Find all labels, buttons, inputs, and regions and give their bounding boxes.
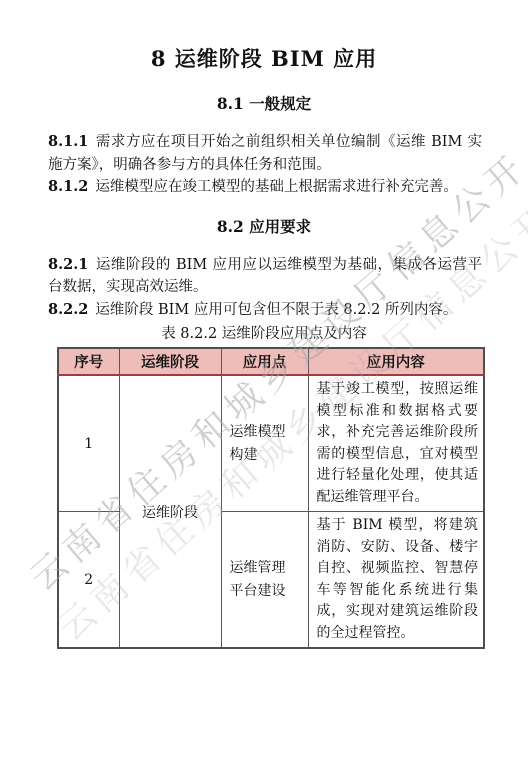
clause-text: 运维阶段的 BIM 应用应以运维模型为基础，集成各运营平台数据，实现高效运维。	[48, 257, 482, 296]
clause-text: 运维模型应在竣工模型的基础上根据需求进行补充完善。	[95, 179, 458, 195]
row2-seq: 2	[58, 512, 119, 649]
table-caption: 表 8.2.2 运维阶段应用点及内容	[0, 325, 528, 344]
clause-number: 8.1.1	[48, 133, 88, 150]
section-8-1-body: 8.1.1需求方应在项目开始之前组织相关单位编制《运维 BIM 实施方案》，明确…	[48, 131, 482, 199]
table-header-row: 序号 运维阶段 应用点 应用内容	[58, 348, 484, 375]
merged-stage-cell: 运维阶段	[119, 375, 221, 648]
row1-application-point: 运维模型构建	[221, 375, 308, 512]
table-row: 1 运维阶段 运维模型构建 基于竣工模型，按照运维模型标准和数据格式要求，补充完…	[58, 375, 484, 512]
document-page: 云南省住房和城乡建设厅信息公开 云南省住房和城乡建设厅信息公开 8 运维阶段 B…	[0, 0, 528, 767]
section-8-2-body: 8.2.1运维阶段的 BIM 应用应以运维模型为基础，集成各运营平台数据，实现高…	[48, 254, 482, 322]
clause-8-1-1: 8.1.1需求方应在项目开始之前组织相关单位编制《运维 BIM 实施方案》，明确…	[48, 131, 482, 176]
section-heading-8-1: 8.1 一般规定	[0, 93, 528, 115]
clause-text: 需求方应在项目开始之前组织相关单位编制《运维 BIM 实施方案》，明确各参与方的…	[48, 134, 482, 173]
clause-8-1-2: 8.1.2运维模型应在竣工模型的基础上根据需求进行补充完善。	[48, 176, 482, 199]
header-stage: 运维阶段	[119, 348, 221, 375]
section-heading-8-2: 8.2 应用要求	[0, 216, 528, 238]
header-content: 应用内容	[308, 348, 484, 375]
clause-8-2-1: 8.2.1运维阶段的 BIM 应用应以运维模型为基础，集成各运营平台数据，实现高…	[48, 254, 482, 299]
page-title: 8 运维阶段 BIM 应用	[0, 0, 528, 73]
row1-application-content: 基于竣工模型，按照运维模型标准和数据格式要求，补充完善运维阶段所需的模型信息，宜…	[308, 375, 484, 512]
row2-application-content: 基于 BIM 模型，将建筑消防、安防、设备、楼宇自控、视频监控、智慧停车等智能化…	[308, 512, 484, 649]
row2-application-point: 运维管理平台建设	[221, 512, 308, 649]
clause-8-2-2: 8.2.2运维阶段 BIM 应用可包含但不限于表 8.2.2 所列内容。	[48, 299, 482, 322]
clause-number: 8.2.2	[48, 301, 88, 318]
application-points-table: 序号 运维阶段 应用点 应用内容 1 运维阶段 运维模型构建 基于竣工模型，按照…	[57, 347, 485, 649]
clause-number: 8.2.1	[48, 256, 88, 273]
row1-seq: 1	[58, 375, 119, 512]
clause-number: 8.1.2	[48, 178, 88, 195]
header-seq: 序号	[58, 348, 119, 375]
clause-text: 运维阶段 BIM 应用可包含但不限于表 8.2.2 所列内容。	[95, 302, 457, 318]
header-point: 应用点	[221, 348, 308, 375]
